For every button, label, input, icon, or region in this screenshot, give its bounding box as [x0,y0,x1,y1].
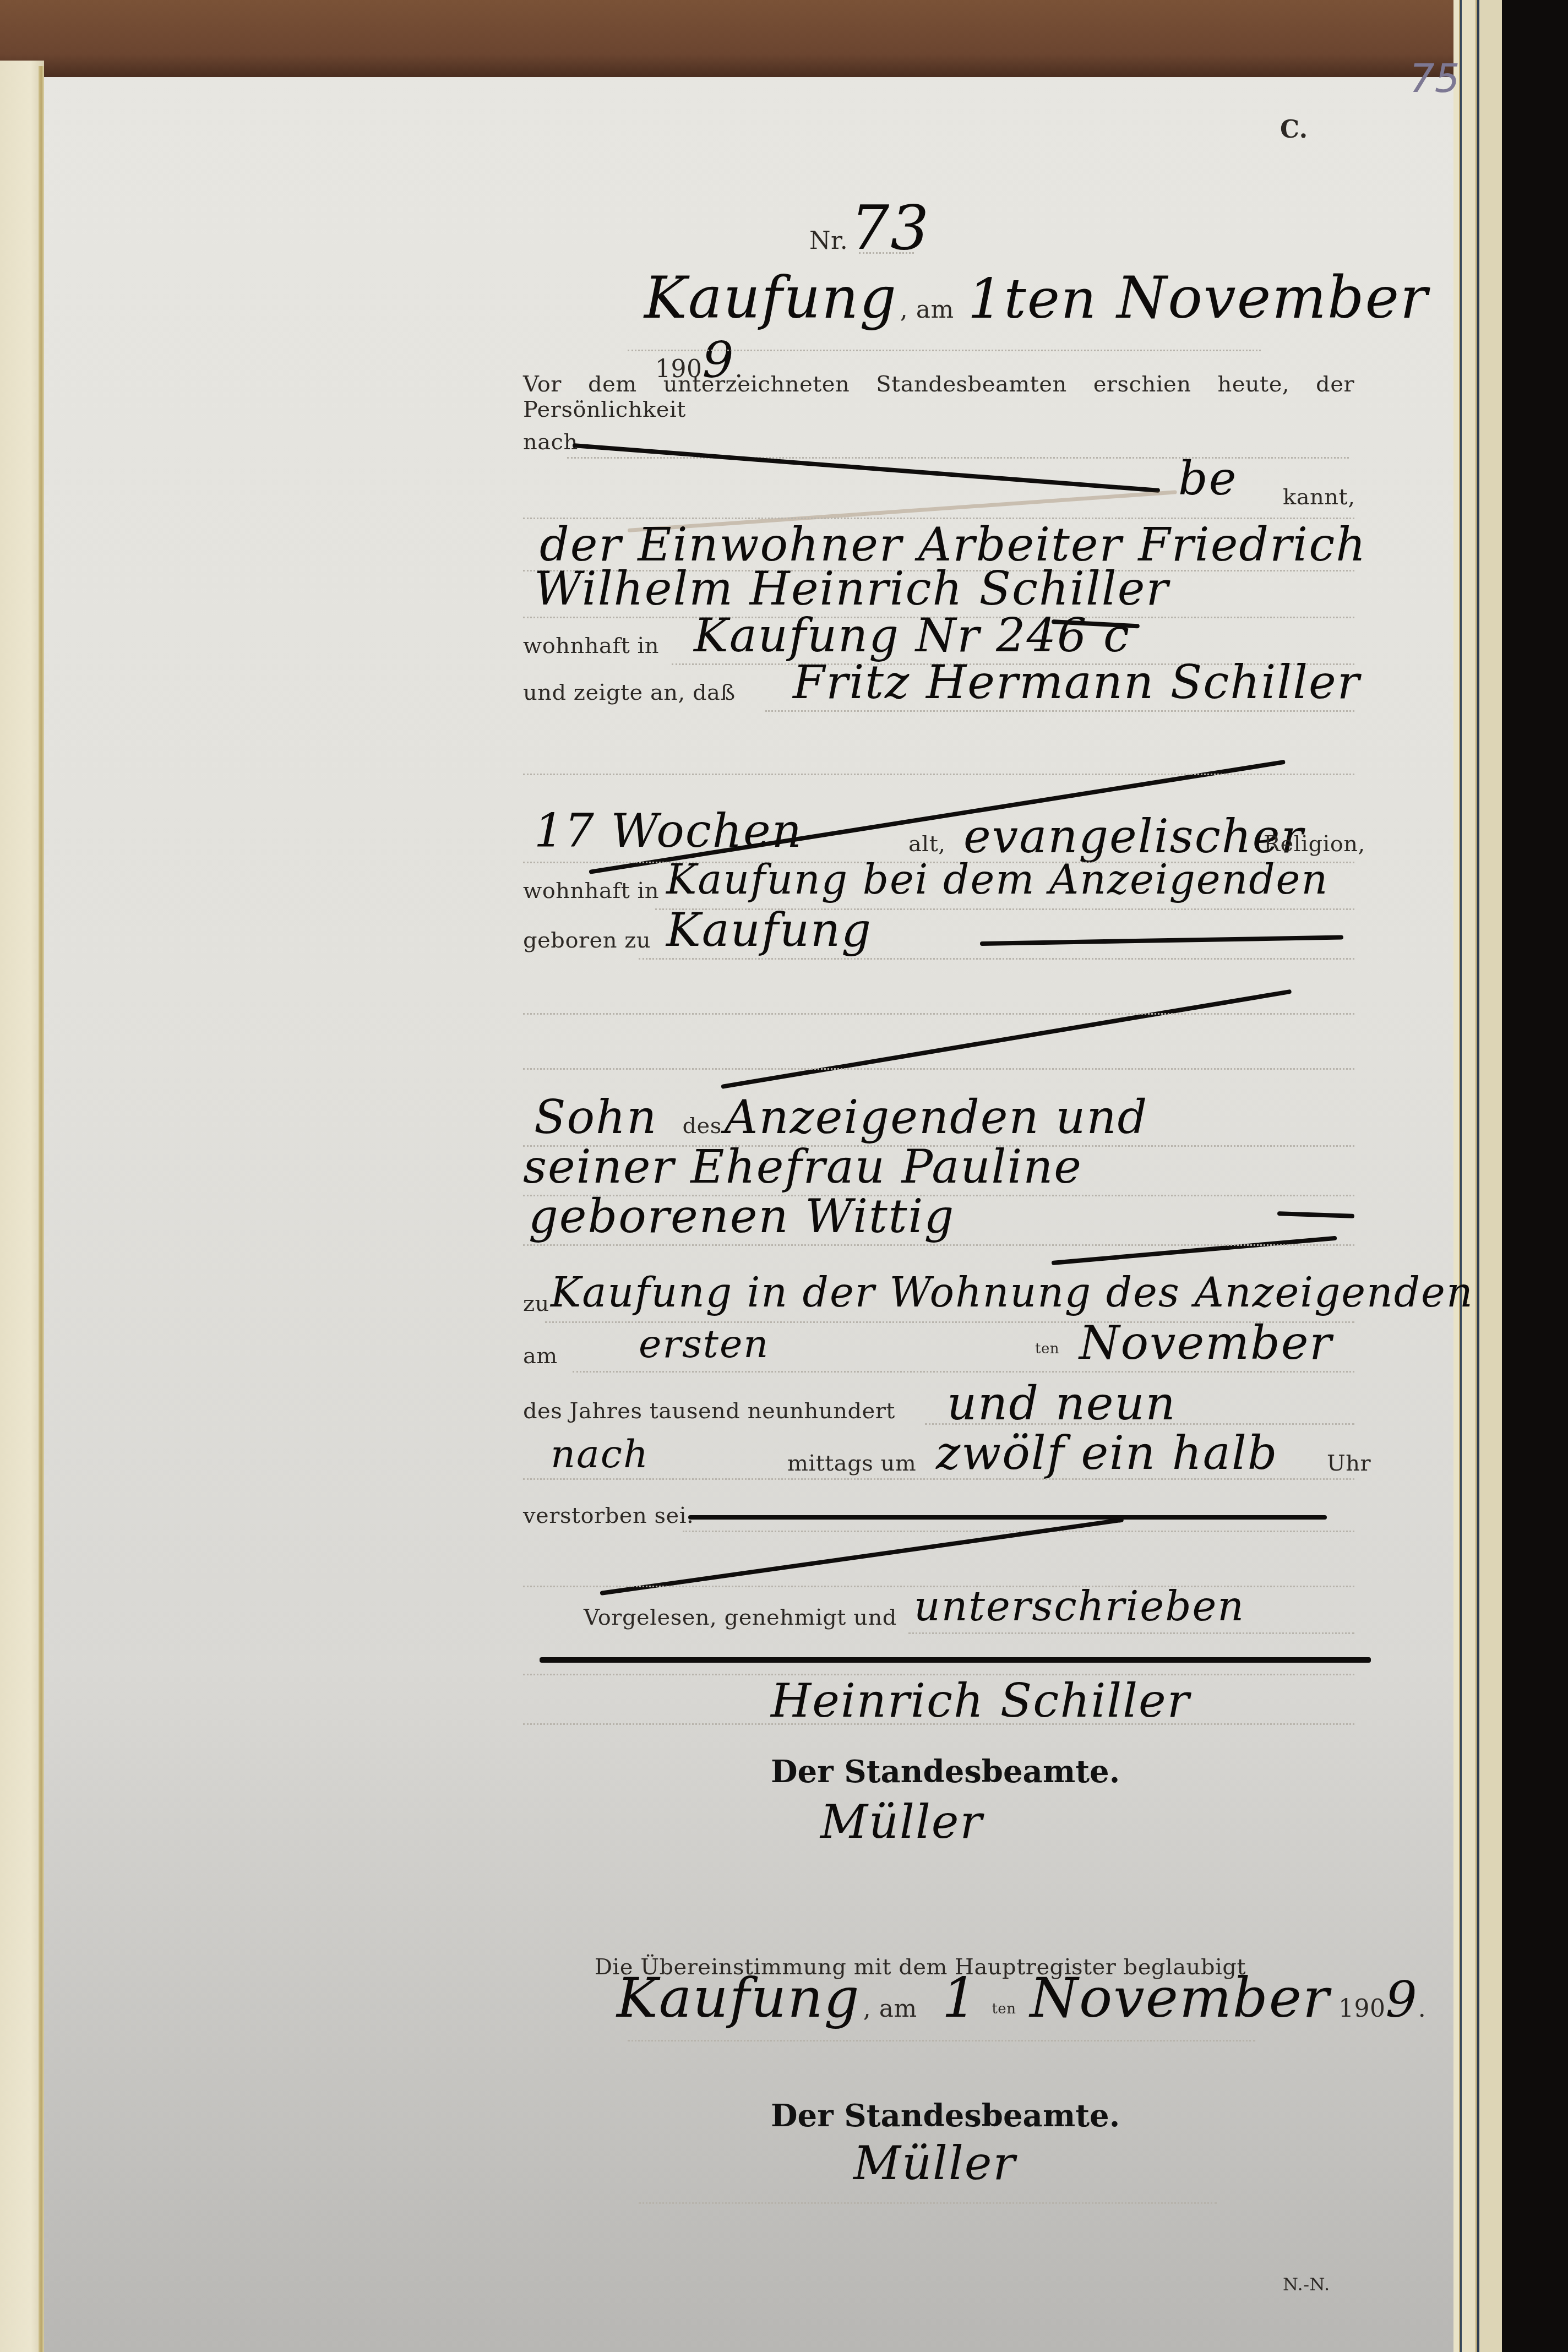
kannt-label: kannt, [1283,484,1355,510]
strike-line [573,443,1160,493]
book-cover-top [0,0,1568,77]
dotted-line [639,958,1354,960]
closing-rule [540,1657,1371,1663]
dotted-line [628,350,1261,351]
ten-label: ten [1035,1341,1059,1357]
cert-place: Kaufung [617,1966,861,2030]
uhr-label: Uhr [1327,1451,1371,1476]
cert-month: November [1030,1966,1330,2030]
anzeigenden-und: Anzeigenden und [725,1090,1148,1144]
dotted-line [523,774,1354,775]
deceased-residence: Kaufung bei dem Anzeigenden [666,856,1329,903]
entry-place: Kaufung [644,264,897,331]
declarant-signature: Heinrich Schiller [771,1674,1190,1728]
form-letter: C. [1280,116,1308,144]
parents-line-2: seiner Ehefrau Pauline [523,1140,1082,1194]
mittags-label: mittags um [787,1451,916,1476]
dotted-line [523,1013,1354,1015]
dotted-line [859,252,914,254]
unterschrieben: unterschrieben [914,1583,1245,1630]
intro-text: Vor dem unterzeichneten Standesbeamten e… [523,372,1354,422]
cert-official-title: Der Standesbeamte. [771,2098,1120,2134]
entry-date-line: Kaufung , am 1ten November 1909. [644,264,1453,389]
death-month: November [1079,1316,1333,1370]
cert-year-printed: 190 [1338,1995,1385,2023]
zu-label: zu [523,1291,549,1316]
fill-stroke [688,1515,1327,1520]
am-label-2: am [523,1343,558,1369]
religion-label: Religion, [1264,831,1365,857]
certification-date-line: Kaufung , am 1 ten November 1909. [617,1966,1426,2030]
be-hand: be [1178,451,1237,505]
register-page: 75 C. Nr. 73 Kaufung , am 1ten November … [44,77,1453,2352]
footer-mark: N.-N. [1283,2274,1330,2295]
dotted-line [765,710,1354,712]
book-cover-right [1502,0,1568,2352]
dotted-line [639,2202,1217,2204]
dotted-line [523,1723,1354,1725]
declarant-line-2: Wilhelm Heinrich Schiller [534,562,1169,616]
wohnhaft-label-2: wohnhaft in [523,878,659,903]
book-gutter [39,66,44,2352]
cert-am-label: , am [863,1995,917,2023]
nach-prefix: nach [551,1431,649,1477]
cert-year-hand: 9 [1385,1971,1418,2029]
deceased-religion: evangelischer [963,809,1304,863]
death-place: Kaufung in der Wohnung des Anzeigenden [551,1269,1474,1316]
declarant-residence: Kaufung Nr 246 c [694,608,1130,662]
cert-official-signature: Müller [853,2136,1016,2190]
nach-label: nach [523,429,578,455]
strike-line [721,989,1292,1089]
death-time-words: zwölf ein halb [936,1426,1278,1480]
entry-day: 1ten [968,266,1097,331]
deceased-birthplace: Kaufung [666,903,872,957]
period-2: . [1418,1995,1427,2023]
previous-page-edge [0,61,44,2352]
wohnhaft-label: wohnhaft in [523,633,659,658]
parents-line-3: geborenen Wittig [529,1189,955,1243]
official-title: Der Standesbeamte. [771,1754,1120,1790]
nr-label: Nr. [809,227,848,255]
death-day: ersten [639,1321,769,1366]
fill-stroke [1277,1211,1354,1218]
dotted-line [573,1371,1354,1373]
fill-stroke [980,935,1343,946]
page-number: 75 [1409,55,1460,101]
am-label: , am [900,296,954,324]
dotted-line [523,1244,1354,1246]
geboren-label: geboren zu [523,928,651,953]
cert-day: 1 [942,1966,978,2030]
verstorben-label: verstorben sei. [523,1503,694,1528]
dotted-line [628,2040,1255,2041]
des-label: des [682,1113,721,1139]
fill-stroke [1052,1236,1337,1265]
jahres-label: des Jahres tausend neunhundert [523,1398,895,1424]
parents-line-1: Sohn des Anzeigenden und [534,1090,1148,1144]
death-year-words: und neun [947,1376,1177,1430]
cert-ten-label: ten [992,2001,1016,2017]
dotted-line [523,1478,1354,1480]
dotted-line [523,1068,1354,1070]
alt-label: alt, [908,831,945,857]
page-stack-edges [1453,0,1503,2352]
zeigte-label: und zeigte an, daß [523,680,736,705]
entry-month: November [1117,264,1428,331]
sohn: Sohn [534,1090,657,1144]
deceased-name: Fritz Hermann Schiller [793,655,1360,709]
official-signature: Müller [820,1795,983,1849]
dotted-line [908,1632,1354,1634]
vorgelesen-label: Vorgelesen, genehmigt und [584,1605,897,1630]
dotted-line [925,1423,1354,1425]
deceased-age: 17 Wochen [534,804,803,858]
